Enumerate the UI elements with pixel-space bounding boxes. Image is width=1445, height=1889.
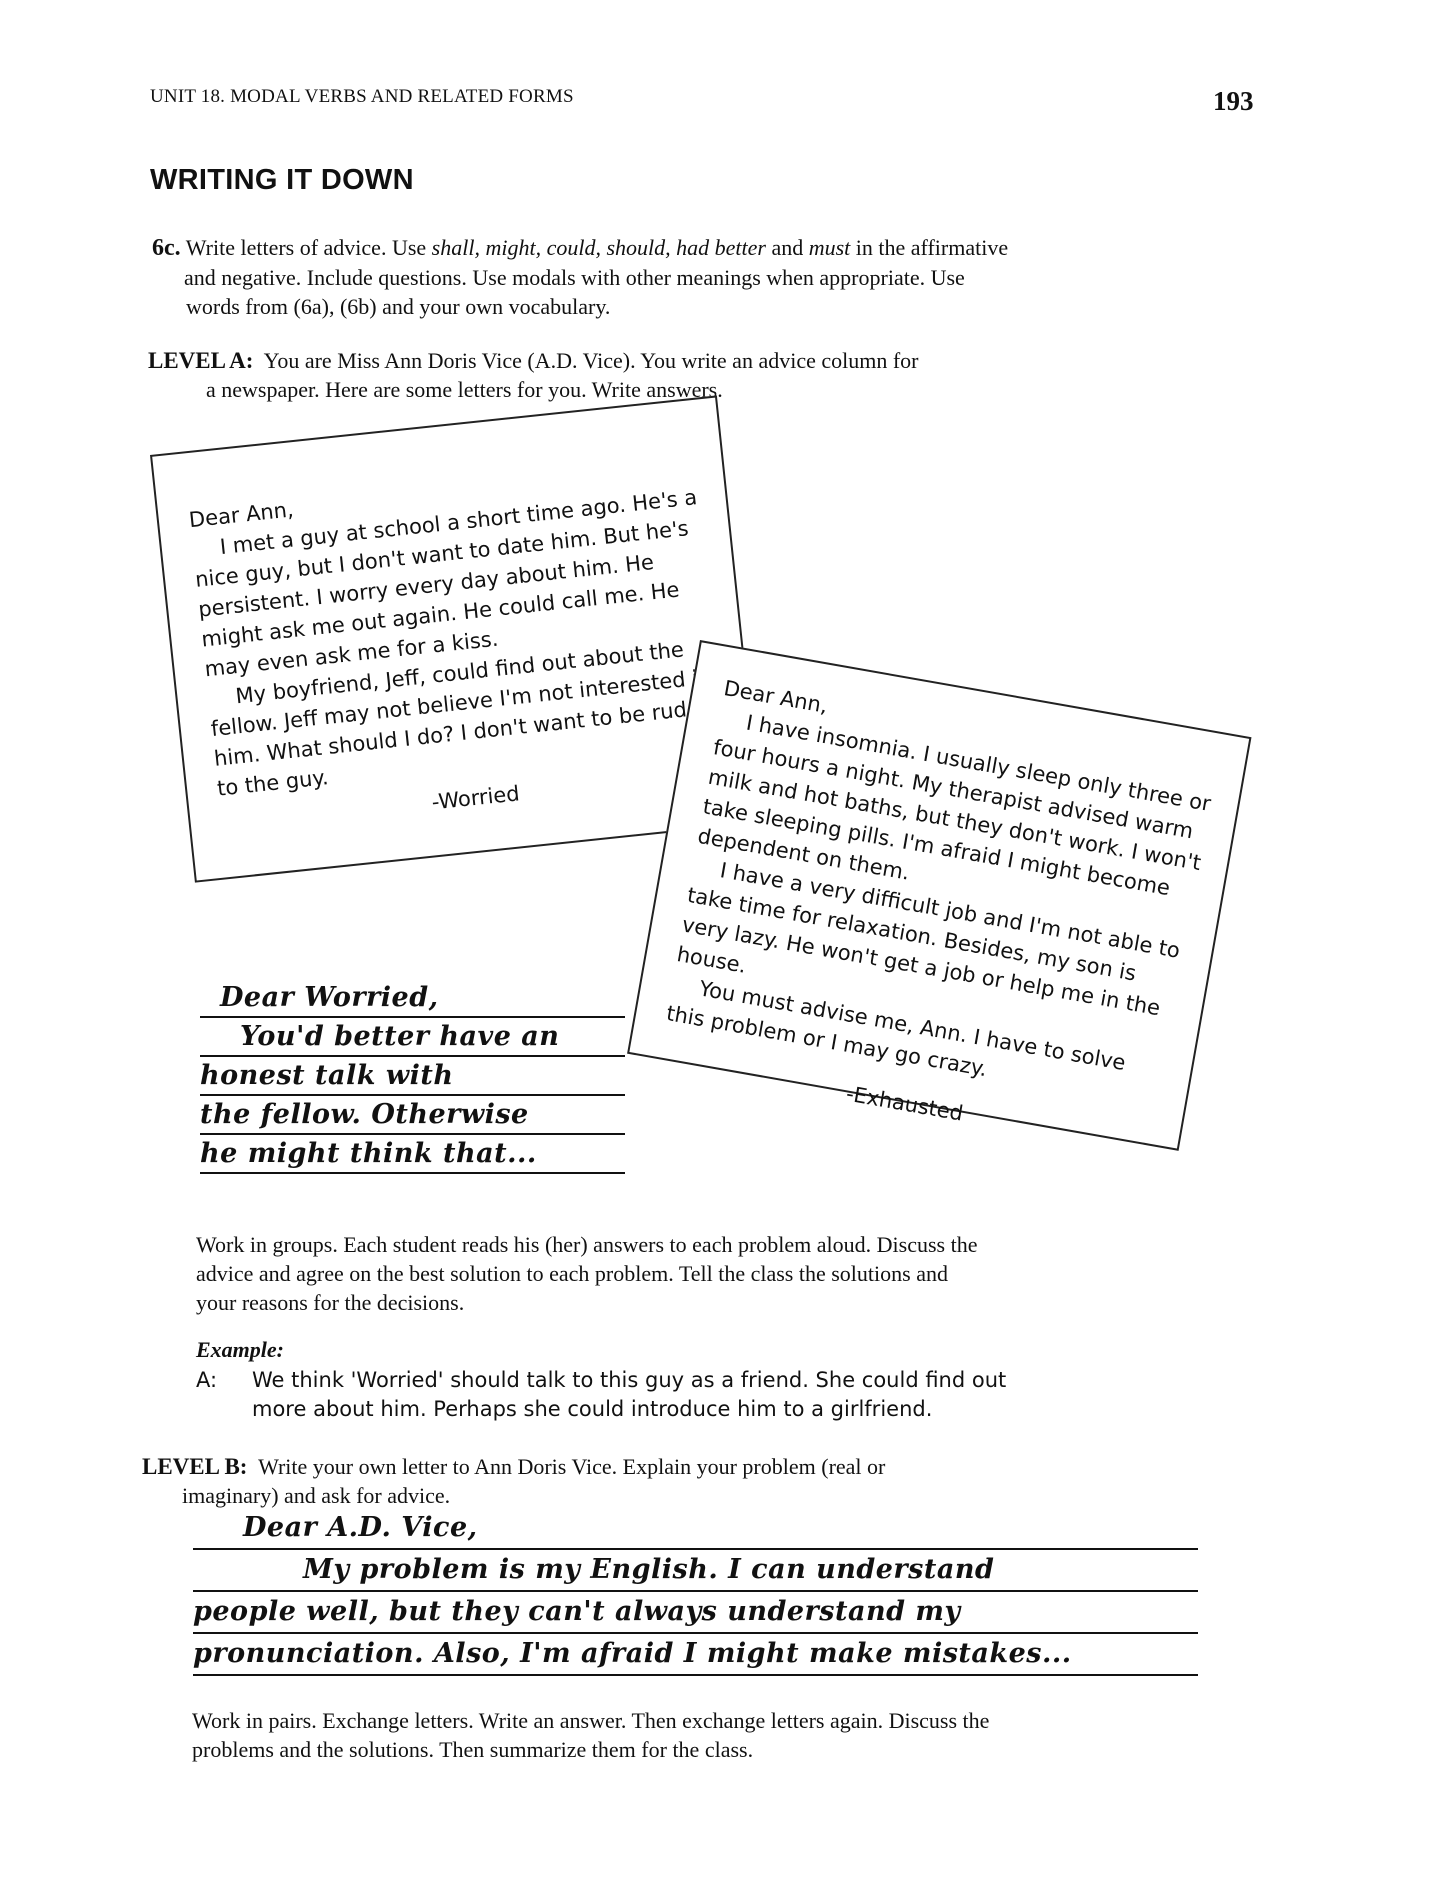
handwritten-line: pronunciation. Also, I'm afraid I might … xyxy=(193,1634,1198,1676)
pair-work-instructions: Work in pairs. Exchange letters. Write a… xyxy=(192,1706,1252,1764)
handwritten-line: You'd better have an xyxy=(200,1018,625,1057)
group-work-instructions: Work in groups. Each student reads his (… xyxy=(196,1230,1246,1317)
example-line: We think 'Worried' should talk to this g… xyxy=(252,1366,1152,1395)
example-line: more about him. Perhaps she could introd… xyxy=(252,1395,1152,1424)
modal-must: must xyxy=(809,235,851,260)
exercise-line-3: words from (6a), (6b) and your own vocab… xyxy=(152,292,1252,321)
group-work-line: advice and agree on the best solution to… xyxy=(196,1259,1246,1288)
handwritten-letter-vice: Dear A.D. Vice, My problem is my English… xyxy=(193,1508,1198,1676)
example-label: Example: xyxy=(196,1335,284,1364)
modals-list: shall, might, could, should, had better xyxy=(432,235,766,260)
handwritten-line: people well, but they can't always under… xyxy=(193,1592,1198,1634)
exercise-text: Write letters of advice. Use xyxy=(186,235,432,260)
handwritten-line: the fellow. Otherwise xyxy=(200,1096,625,1135)
level-a-instructions: LEVEL A: You are Miss Ann Doris Vice (A.… xyxy=(148,346,1248,404)
level-b-instructions: LEVEL B: Write your own letter to Ann Do… xyxy=(142,1452,1242,1510)
handwritten-line: My problem is my English. I can understa… xyxy=(193,1550,1198,1592)
example-speaker: A: xyxy=(196,1366,217,1395)
handwritten-line: Dear Worried, xyxy=(200,979,625,1018)
pair-work-line: problems and the solutions. Then summari… xyxy=(192,1735,1252,1764)
group-work-line: your reasons for the decisions. xyxy=(196,1288,1246,1317)
pair-work-line: Work in pairs. Exchange letters. Write a… xyxy=(192,1706,1252,1735)
page-number: 193 xyxy=(1213,86,1254,117)
exercise-text: in the affirmative xyxy=(850,235,1008,260)
group-work-line: Work in groups. Each student reads his (… xyxy=(196,1230,1246,1259)
handwritten-line: he might think that... xyxy=(200,1135,625,1174)
exercise-line-2: and negative. Include questions. Use mod… xyxy=(152,263,1252,292)
handwritten-answer-worried: Dear Worried, You'd better have an hones… xyxy=(200,979,625,1174)
exercise-text: and xyxy=(766,235,809,260)
section-title: WRITING IT DOWN xyxy=(150,164,414,197)
running-head: UNIT 18. MODAL VERBS AND RELATED FORMS xyxy=(150,86,574,108)
letter-exhausted: Dear Ann, I have insomnia. I usually sle… xyxy=(627,640,1251,1151)
level-a-label: LEVEL A: xyxy=(148,348,253,373)
handwritten-line: honest talk with xyxy=(200,1057,625,1096)
example-answer: We think 'Worried' should talk to this g… xyxy=(252,1366,1152,1424)
exercise-number: 6c. xyxy=(152,235,181,261)
level-b-line-2: imaginary) and ask for advice. xyxy=(142,1481,1242,1510)
handwritten-line: Dear A.D. Vice, xyxy=(193,1508,1198,1550)
level-a-line-1: You are Miss Ann Doris Vice (A.D. Vice).… xyxy=(264,348,919,373)
level-b-label: LEVEL B: xyxy=(142,1454,247,1479)
level-b-line-1: Write your own letter to Ann Doris Vice.… xyxy=(258,1454,885,1479)
exercise-instructions: 6c. Write letters of advice. Use shall, … xyxy=(152,233,1252,321)
